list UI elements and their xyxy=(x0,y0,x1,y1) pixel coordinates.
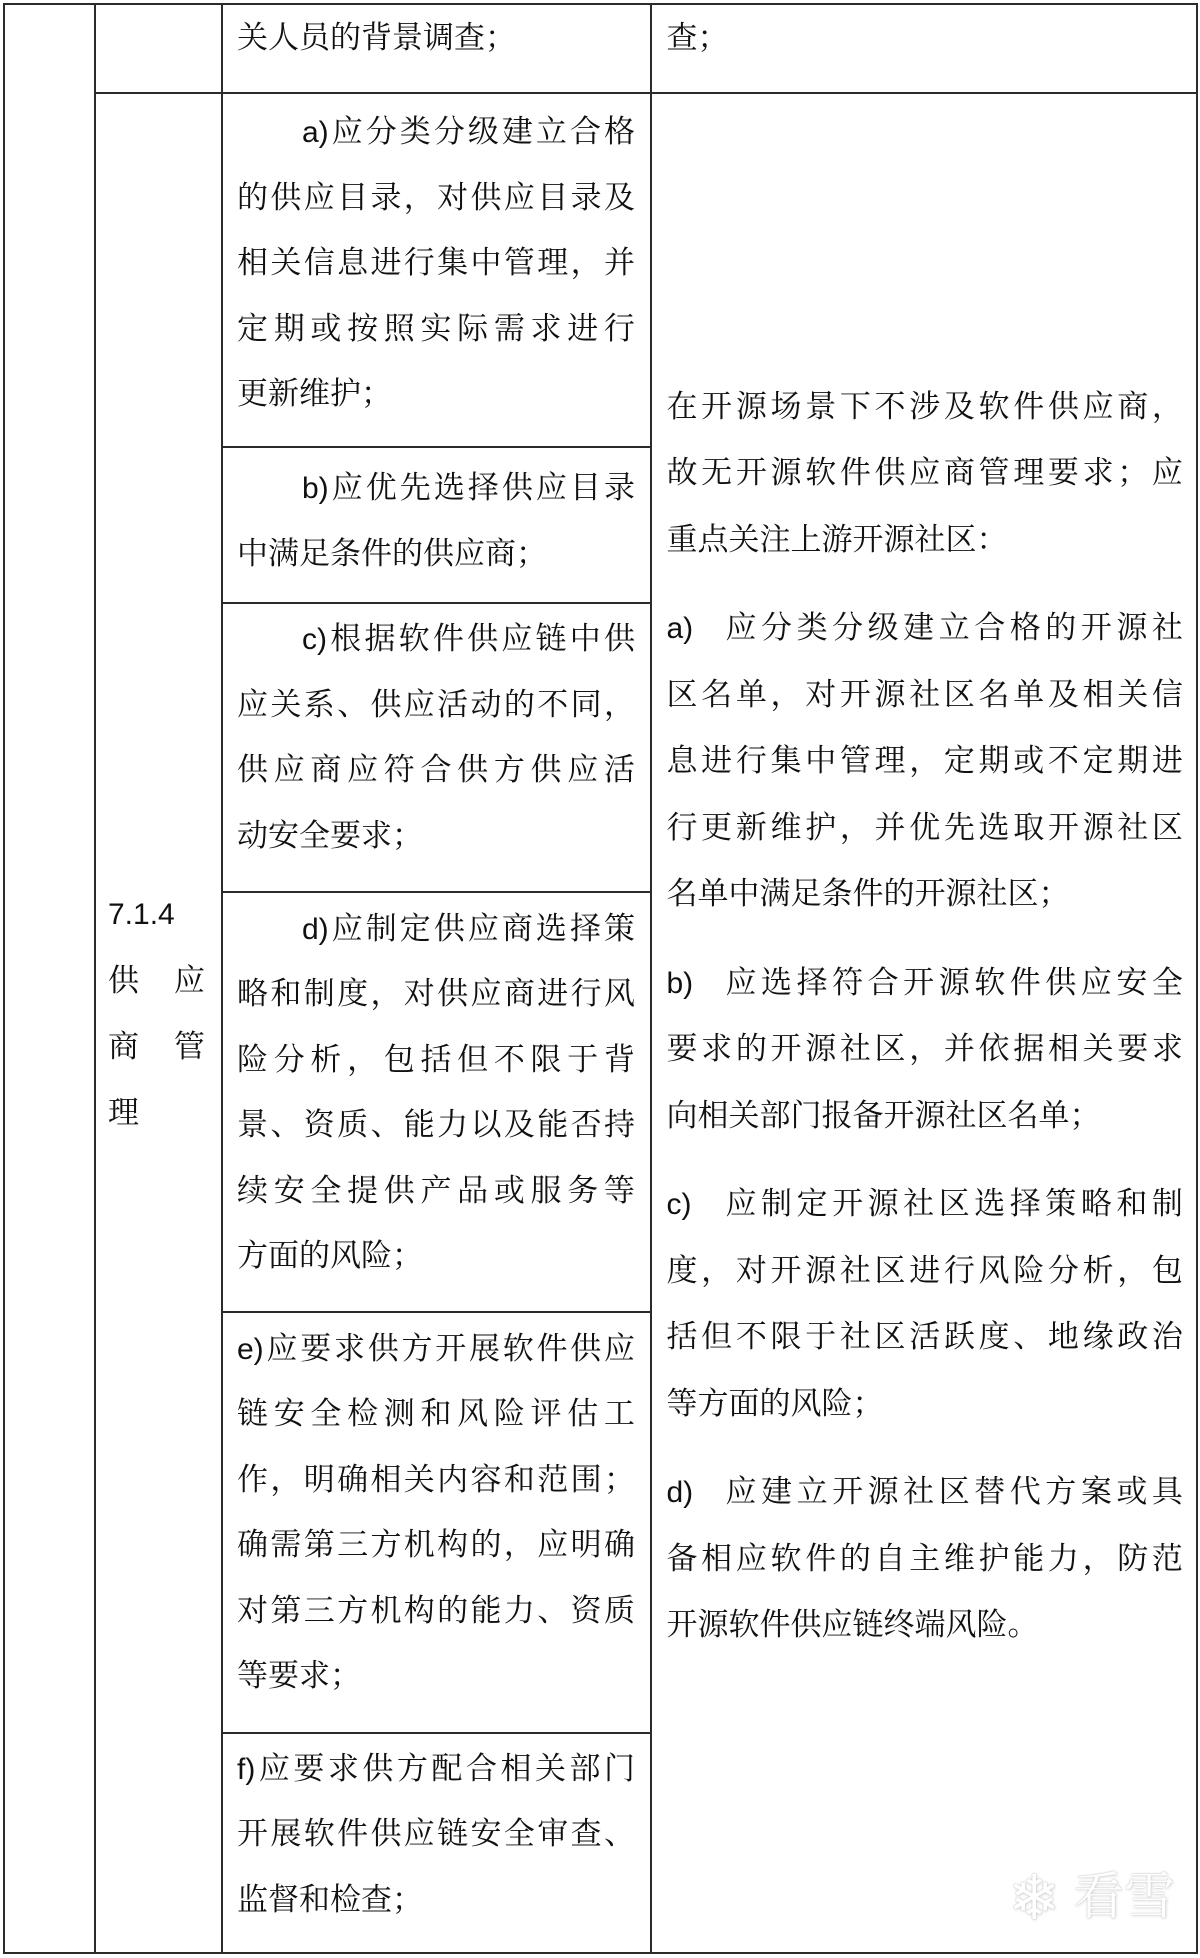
glyph: 代 xyxy=(1010,1459,1041,1526)
list-marker: a) xyxy=(667,596,726,663)
glyph: 、 xyxy=(537,1578,568,1644)
glyph: 或 xyxy=(1116,1459,1147,1526)
glyph: 链 xyxy=(437,1801,468,1867)
glyph: 安 xyxy=(274,1158,305,1224)
text-run: 应建立开源社区替代方案或具 xyxy=(726,1459,1184,1526)
glyph: 期 xyxy=(979,728,1010,795)
glyph: 息 xyxy=(337,230,368,296)
glyph: 立 xyxy=(939,595,970,662)
glyph: 源 xyxy=(1116,595,1147,662)
glyph: 定 xyxy=(400,896,431,962)
glyph: 应 xyxy=(259,1736,290,1802)
text-line: 险分析，包括但不限于背 xyxy=(237,1027,635,1093)
glyph: 务 xyxy=(567,1158,598,1224)
glyph: 展 xyxy=(469,1316,500,1382)
glyph: 应 xyxy=(404,1801,435,1867)
text-line: f)应要求供方配合相关部门 xyxy=(237,1736,635,1802)
glyph: 先 xyxy=(400,455,431,521)
glyph: 相 xyxy=(701,1526,732,1593)
glyph: 源 xyxy=(736,374,767,441)
glyph: 相 xyxy=(1083,662,1114,729)
glyph: 供 xyxy=(108,948,139,1014)
text-line: 续安全提供产品或服务等 xyxy=(237,1158,635,1224)
glyph: 级 xyxy=(468,99,499,165)
glyph: 供 xyxy=(384,1158,415,1224)
glyph: 治 xyxy=(1152,1304,1183,1371)
glyph: 要 xyxy=(1117,1016,1148,1083)
glyph: 选 xyxy=(974,1171,1005,1238)
text-line: 中满足条件的供应商； xyxy=(237,521,635,587)
glyph: 力 xyxy=(504,1578,535,1644)
glyph: 检 xyxy=(347,1381,378,1447)
glyph: 估 xyxy=(567,1381,598,1447)
guidance-intro: 在开源场景下不涉及软件供应商， 故无开源软件供应商管理要求；应 重点关注上游开源… xyxy=(667,374,1184,574)
glyph: 和 xyxy=(420,1381,451,1447)
glyph: 行 xyxy=(667,795,698,862)
glyph: 全 xyxy=(310,1158,341,1224)
list-marker: d) xyxy=(667,1460,726,1527)
glyph: 行 xyxy=(571,961,602,1027)
clause-cell-continued xyxy=(94,3,223,94)
glyph: 选 xyxy=(761,950,792,1017)
text-line: 定期或按照实际需求进行 xyxy=(237,296,635,362)
requirement-cell-a: a)应分类分级建立合格 的供应目录，对供应目录及 相关信息进行集中管理，并 定期… xyxy=(221,92,652,448)
glyph: 社 xyxy=(903,1459,934,1526)
glyph: 析 xyxy=(1083,1238,1114,1305)
glyph: 供 xyxy=(570,1316,601,1382)
glyph: 下 xyxy=(840,374,871,441)
text-run: 应制定开源社区选择策略和制 xyxy=(726,1171,1184,1238)
glyph: 求 xyxy=(1152,1016,1183,1083)
glyph: 行 xyxy=(736,728,767,795)
glyph: 源 xyxy=(1083,795,1114,862)
glyph: 度 xyxy=(667,1238,698,1305)
guidance-cell: 在开源场景下不涉及软件供应商， 故无开源软件供应商管理要求；应 重点关注上游开源… xyxy=(650,92,1198,1954)
glyph: 理 xyxy=(875,728,906,795)
glyph: 定 xyxy=(237,296,268,362)
text-line: 供应商应符合供方供应活 xyxy=(237,737,635,803)
glyph: 商 xyxy=(502,896,533,962)
glyph: 优 xyxy=(366,455,397,521)
glyph: 开 xyxy=(903,950,934,1017)
glyph: 链 xyxy=(237,1381,268,1447)
glyph: 在 xyxy=(667,374,698,441)
glyph: 格 xyxy=(604,99,635,165)
glyph: 及 xyxy=(504,1092,535,1158)
text-line: e)应要求供方开展软件供应 xyxy=(237,1316,635,1382)
glyph: 相 xyxy=(1048,1016,1079,1083)
glyph: 对 xyxy=(237,1578,268,1644)
glyph: 包 xyxy=(384,1027,415,1093)
glyph: 析 xyxy=(310,1027,341,1093)
glyph: 录 xyxy=(604,455,635,521)
glyph: 应 xyxy=(501,606,532,672)
glyph: 供 xyxy=(457,737,488,803)
glyph: 件 xyxy=(337,1801,368,1867)
glyph: 分 xyxy=(832,595,863,662)
glyph: 中 xyxy=(570,606,601,672)
glyph: 进 xyxy=(701,728,732,795)
clause-number: 7.1.4 xyxy=(108,882,205,948)
glyph: 案 xyxy=(1081,1459,1112,1526)
glyph: 供 xyxy=(437,961,468,1027)
glyph: 制 xyxy=(1152,1171,1183,1238)
glyph: 不 xyxy=(875,374,906,441)
glyph: 关 xyxy=(1083,1016,1114,1083)
glyph: 对 xyxy=(404,961,435,1027)
glyph: 供 xyxy=(237,737,268,803)
glyph: 力 xyxy=(1048,1526,1079,1593)
glyph: 供 xyxy=(368,1316,399,1382)
glyph: 测 xyxy=(384,1381,415,1447)
glyph: 全 xyxy=(504,1801,535,1867)
glyph: 软 xyxy=(503,1316,534,1382)
glyph: 开 xyxy=(832,1171,863,1238)
glyph: 能 xyxy=(471,1578,502,1644)
glyph: 取 xyxy=(1013,795,1044,862)
glyph: 配 xyxy=(431,1736,462,1802)
glyph: 供 xyxy=(1048,374,1079,441)
glyph: 并 xyxy=(875,795,906,862)
glyph: 更 xyxy=(701,795,732,862)
glyph: 方 xyxy=(401,1316,432,1382)
glyph: 关 xyxy=(270,230,301,296)
glyph: 略 xyxy=(1081,1171,1112,1238)
glyph: 件 xyxy=(1013,374,1044,441)
glyph: 件 xyxy=(840,440,871,507)
glyph: 范 xyxy=(537,1447,568,1513)
glyph: 并 xyxy=(604,230,635,296)
glyph: 理 xyxy=(1013,440,1044,507)
glyph: 或 xyxy=(1013,728,1044,795)
glyph: ， xyxy=(1083,1526,1114,1593)
glyph: 自 xyxy=(875,1526,906,1593)
glyph: 供 xyxy=(370,672,401,738)
glyph: 关 xyxy=(404,1447,435,1513)
glyph: 择 xyxy=(1010,1171,1041,1238)
text-line: 相关信息进行集中管理，并 xyxy=(237,230,635,296)
guidance-item-c: c) 应制定开源社区选择策略和制 度，对开源社区进行风险分析，包 括但不限于社区… xyxy=(667,1171,1184,1437)
glyph: 应 xyxy=(174,948,205,1014)
glyph: 、 xyxy=(1013,1304,1044,1371)
glyph: ， xyxy=(504,1512,535,1578)
glyph: 策 xyxy=(604,896,635,962)
text-run: 应分类分级建立合格的开源社 xyxy=(726,595,1184,662)
glyph: 无 xyxy=(701,440,732,507)
glyph: 软 xyxy=(974,950,1005,1017)
document-page: 7.1.4 供应 商管 理 关人员的背景调查； a)应分类分级建立合格 的供应目… xyxy=(0,0,1200,1958)
glyph: 和 xyxy=(504,1447,535,1513)
glyph: 和 xyxy=(270,961,301,1027)
glyph: 单 xyxy=(1013,662,1044,729)
glyph: 合 xyxy=(868,950,899,1017)
glyph: 护 xyxy=(979,1526,1010,1593)
glyph: 安 xyxy=(471,1801,502,1867)
glyph: 地 xyxy=(1048,1304,1079,1371)
glyph: 供 xyxy=(362,1736,393,1802)
glyph: ， xyxy=(771,662,802,729)
text-line: 向相关部门报备开源社区名单； xyxy=(667,1083,1184,1150)
glyph: 产 xyxy=(420,1158,451,1224)
glyph: 跃 xyxy=(944,1304,975,1371)
glyph: 质 xyxy=(604,1578,635,1644)
glyph: 应 xyxy=(1081,950,1112,1017)
glyph: 际 xyxy=(457,296,488,362)
glyph: 相 xyxy=(500,1736,531,1802)
glyph: 供 xyxy=(502,455,533,521)
glyph: 软 xyxy=(771,1526,802,1593)
glyph: 据 xyxy=(364,606,395,672)
glyph: 商 xyxy=(504,961,535,1027)
glyph: 商 xyxy=(1117,374,1148,441)
glyph: 建 xyxy=(903,595,934,662)
glyph: 求 xyxy=(701,1016,732,1083)
glyph: 社 xyxy=(903,1171,934,1238)
requirement-cell-c: c)根据软件供应链中供 应关系、供应活动的不同， 供应商应符合供方供应活 动安全… xyxy=(221,602,652,893)
glyph: 查 xyxy=(571,1801,602,1867)
glyph: 否 xyxy=(571,1092,602,1158)
text-line: 要求的开源社区，并依据相关要求 xyxy=(667,1016,1184,1083)
glyph: 合 xyxy=(466,1736,497,1802)
glyph: 门 xyxy=(604,1736,635,1802)
glyph: 开 xyxy=(840,662,871,729)
glyph: f) xyxy=(237,1737,255,1803)
list-item-first-line: b) 应选择符合开源软件供应安全 xyxy=(667,950,1184,1017)
glyph: 件 xyxy=(536,1316,567,1382)
glyph: 确 xyxy=(337,1447,368,1513)
glyph: 区 xyxy=(939,1171,970,1238)
glyph: 进 xyxy=(370,230,401,296)
guidance-item-b: b) 应选择符合开源软件供应安全 要求的开源社区，并依据相关要求 向相关部门报备… xyxy=(667,950,1184,1150)
glyph: 应 xyxy=(504,165,535,231)
glyph: 但 xyxy=(701,1304,732,1371)
text-line: 括但不限于社区活跃度、地缘政治 xyxy=(667,1304,1184,1371)
glyph: d) xyxy=(302,897,329,963)
glyph: 容 xyxy=(471,1447,502,1513)
glyph: 护 xyxy=(805,795,836,862)
glyph: 方 xyxy=(370,1512,401,1578)
glyph: 求 xyxy=(531,296,562,362)
glyph: 明 xyxy=(304,1447,335,1513)
glyph: 开 xyxy=(832,1459,863,1526)
glyph: 不 xyxy=(1048,728,1079,795)
glyph: 源 xyxy=(939,950,970,1017)
glyph: 三 xyxy=(337,1512,368,1578)
glyph: 应 xyxy=(726,950,757,1017)
glyph: ， xyxy=(404,165,435,231)
text-line: 行更新维护，并优先选取开源社区 xyxy=(667,795,1184,862)
requirement-cell-continued: 关人员的背景调查； xyxy=(221,3,652,94)
glyph: 及 xyxy=(604,165,635,231)
glyph: 缘 xyxy=(1083,1304,1114,1371)
glyph: 管 xyxy=(174,1014,205,1080)
text-line: 动安全要求； xyxy=(237,803,635,869)
glyph: 以 xyxy=(471,1092,502,1158)
text-line: 区名单，对开源社区名单及相关信 xyxy=(667,662,1184,729)
glyph: 包 xyxy=(1152,1238,1183,1305)
glyph: 行 xyxy=(404,230,435,296)
glyph: 应 xyxy=(726,1459,757,1526)
glyph: 源 xyxy=(805,1016,836,1083)
text-line: 对第三方机构的能力、资质 xyxy=(237,1578,635,1644)
glyph: 于 xyxy=(805,1304,836,1371)
glyph: 目 xyxy=(570,455,601,521)
list-item-first-line: a) 应分类分级建立合格的开源社 xyxy=(667,595,1184,662)
glyph: 社 xyxy=(1152,595,1183,662)
text-line: 开展软件供应链安全审查、 xyxy=(237,1801,635,1867)
glyph: 明 xyxy=(571,1512,602,1578)
glyph: 对 xyxy=(805,662,836,729)
glyph: 、 xyxy=(270,1092,301,1158)
glyph: 应 xyxy=(404,672,435,738)
text-line: 查； xyxy=(667,5,1184,71)
snowflake-icon: ❄ xyxy=(1002,1862,1066,1934)
glyph: 优 xyxy=(909,795,940,862)
glyph: 息 xyxy=(667,728,698,795)
glyph: 开 xyxy=(701,374,732,441)
glyph: 源 xyxy=(875,662,906,729)
glyph: 具 xyxy=(1152,1459,1183,1526)
glyph: 的 xyxy=(437,1578,468,1644)
glyph: 件 xyxy=(433,606,464,672)
glyph: 管 xyxy=(840,728,871,795)
glyph: 类 xyxy=(400,99,431,165)
glyph: 部 xyxy=(569,1736,600,1802)
text-line: 名单中满足条件的开源社区； xyxy=(667,861,1184,928)
glyph: 评 xyxy=(531,1381,562,1447)
glyph: 括 xyxy=(667,1304,698,1371)
glyph: 险 xyxy=(1013,1238,1044,1305)
glyph: 供 xyxy=(604,606,635,672)
glyph: 应 xyxy=(909,440,940,507)
glyph: 应 xyxy=(274,737,305,803)
glyph: 略 xyxy=(237,961,268,1027)
glyph: 险 xyxy=(237,1027,268,1093)
glyph: 制 xyxy=(304,961,335,1027)
blank-column-cell xyxy=(3,3,96,1954)
glyph: 续 xyxy=(237,1158,268,1224)
glyph: 新 xyxy=(736,795,767,862)
glyph: 开 xyxy=(1048,795,1079,862)
glyph: 格 xyxy=(1010,595,1041,662)
requirement-cell-d: d)应制定供应商选择策 略和制度，对供应商进行风 险分析，包括但不限于背 景、资… xyxy=(221,891,652,1313)
glyph: 择 xyxy=(468,455,499,521)
glyph: a) xyxy=(302,100,329,166)
glyph: 实 xyxy=(420,296,451,362)
text-line: c)根据软件供应链中供 xyxy=(237,606,635,672)
glyph: 和 xyxy=(1116,1171,1147,1238)
list-item-first-line: c) 应制定开源社区选择策略和制 xyxy=(667,1171,1184,1238)
glyph: 进 xyxy=(537,961,568,1027)
glyph: 力 xyxy=(437,1092,468,1158)
text-line: 等要求； xyxy=(237,1643,635,1709)
text-line: 景、资质、能力以及能否持 xyxy=(237,1092,635,1158)
glyph: 需 xyxy=(494,296,525,362)
glyph: 制 xyxy=(761,1171,792,1238)
glyph: 对 xyxy=(437,165,468,231)
text-line: 度，对开源社区进行风险分析，包 xyxy=(667,1238,1184,1305)
glyph: 软 xyxy=(979,374,1010,441)
glyph: 社 xyxy=(1117,795,1148,862)
glyph: 类 xyxy=(797,595,828,662)
glyph: 服 xyxy=(531,1158,562,1224)
glyph: 制 xyxy=(366,896,397,962)
glyph: 能 xyxy=(1013,1526,1044,1593)
glyph: 度 xyxy=(979,1304,1010,1371)
glyph: 活 xyxy=(437,672,468,738)
glyph: 分 xyxy=(1048,1238,1079,1305)
glyph: 风 xyxy=(979,1238,1010,1305)
glyph: 区 xyxy=(875,1238,906,1305)
glyph: 范 xyxy=(1152,1526,1183,1593)
glyph: 区 xyxy=(875,1016,906,1083)
glyph: 限 xyxy=(771,1304,802,1371)
glyph: 故 xyxy=(667,440,698,507)
glyph: ， xyxy=(909,728,940,795)
text-line: 息进行集中管理，定期或不定期进 xyxy=(667,728,1184,795)
glyph: 全 xyxy=(310,1381,341,1447)
glyph: 定 xyxy=(944,728,975,795)
glyph: 应 xyxy=(1152,440,1183,507)
glyph: 商 xyxy=(310,737,341,803)
glyph: 展 xyxy=(270,1801,301,1867)
glyph: ， xyxy=(1117,1238,1148,1305)
glyph: 集 xyxy=(771,728,802,795)
glyph: 应 xyxy=(304,165,335,231)
glyph: 的 xyxy=(504,672,535,738)
clause-title-line: 供应 xyxy=(108,948,205,1014)
glyph: 要 xyxy=(293,1736,324,1802)
glyph: 的 xyxy=(736,1016,767,1083)
text-run: 应选择符合开源软件供应安全 xyxy=(726,950,1184,1017)
glyph: 符 xyxy=(384,737,415,803)
glyph: 机 xyxy=(404,1512,435,1578)
glyph: 期 xyxy=(274,296,305,362)
text-line: b)应优先选择供应目录 xyxy=(237,455,635,521)
glyph: e) xyxy=(237,1317,264,1383)
glyph: 机 xyxy=(370,1578,401,1644)
glyph: 系 xyxy=(304,672,335,738)
glyph: 安 xyxy=(274,1381,305,1447)
glyph: 景 xyxy=(237,1092,268,1158)
glyph: 工 xyxy=(604,1381,635,1447)
glyph: 软 xyxy=(805,440,836,507)
glyph: 持 xyxy=(604,1092,635,1158)
glyph: 并 xyxy=(944,1016,975,1083)
glyph: 动 xyxy=(471,672,502,738)
requirement-cell-f: f)应要求供方配合相关部门 开展软件供应链安全审查、 监督和检查； xyxy=(221,1732,652,1954)
glyph: 、 xyxy=(604,1801,635,1867)
glyph: 应 xyxy=(347,737,378,803)
glyph: 分 xyxy=(434,99,465,165)
glyph: 方 xyxy=(494,737,525,803)
glyph: 根 xyxy=(330,606,361,672)
glyph: 要 xyxy=(1048,440,1079,507)
glyph: 目 xyxy=(337,165,368,231)
glyph: 理 xyxy=(537,230,568,296)
glyph: 建 xyxy=(502,99,533,165)
glyph: 主 xyxy=(909,1526,940,1593)
glyph: 资 xyxy=(304,1092,335,1158)
text-line: d)应制定供应商选择策 xyxy=(237,896,635,962)
text-line: 作，明确相关内容和范围； xyxy=(237,1447,635,1513)
glyph: 定 xyxy=(797,1171,828,1238)
glyph: 供 xyxy=(531,737,562,803)
glyph: 定 xyxy=(1083,728,1114,795)
glyph: ， xyxy=(347,1027,378,1093)
glyph: 进 xyxy=(1152,728,1183,795)
glyph: 开 xyxy=(237,1801,268,1867)
